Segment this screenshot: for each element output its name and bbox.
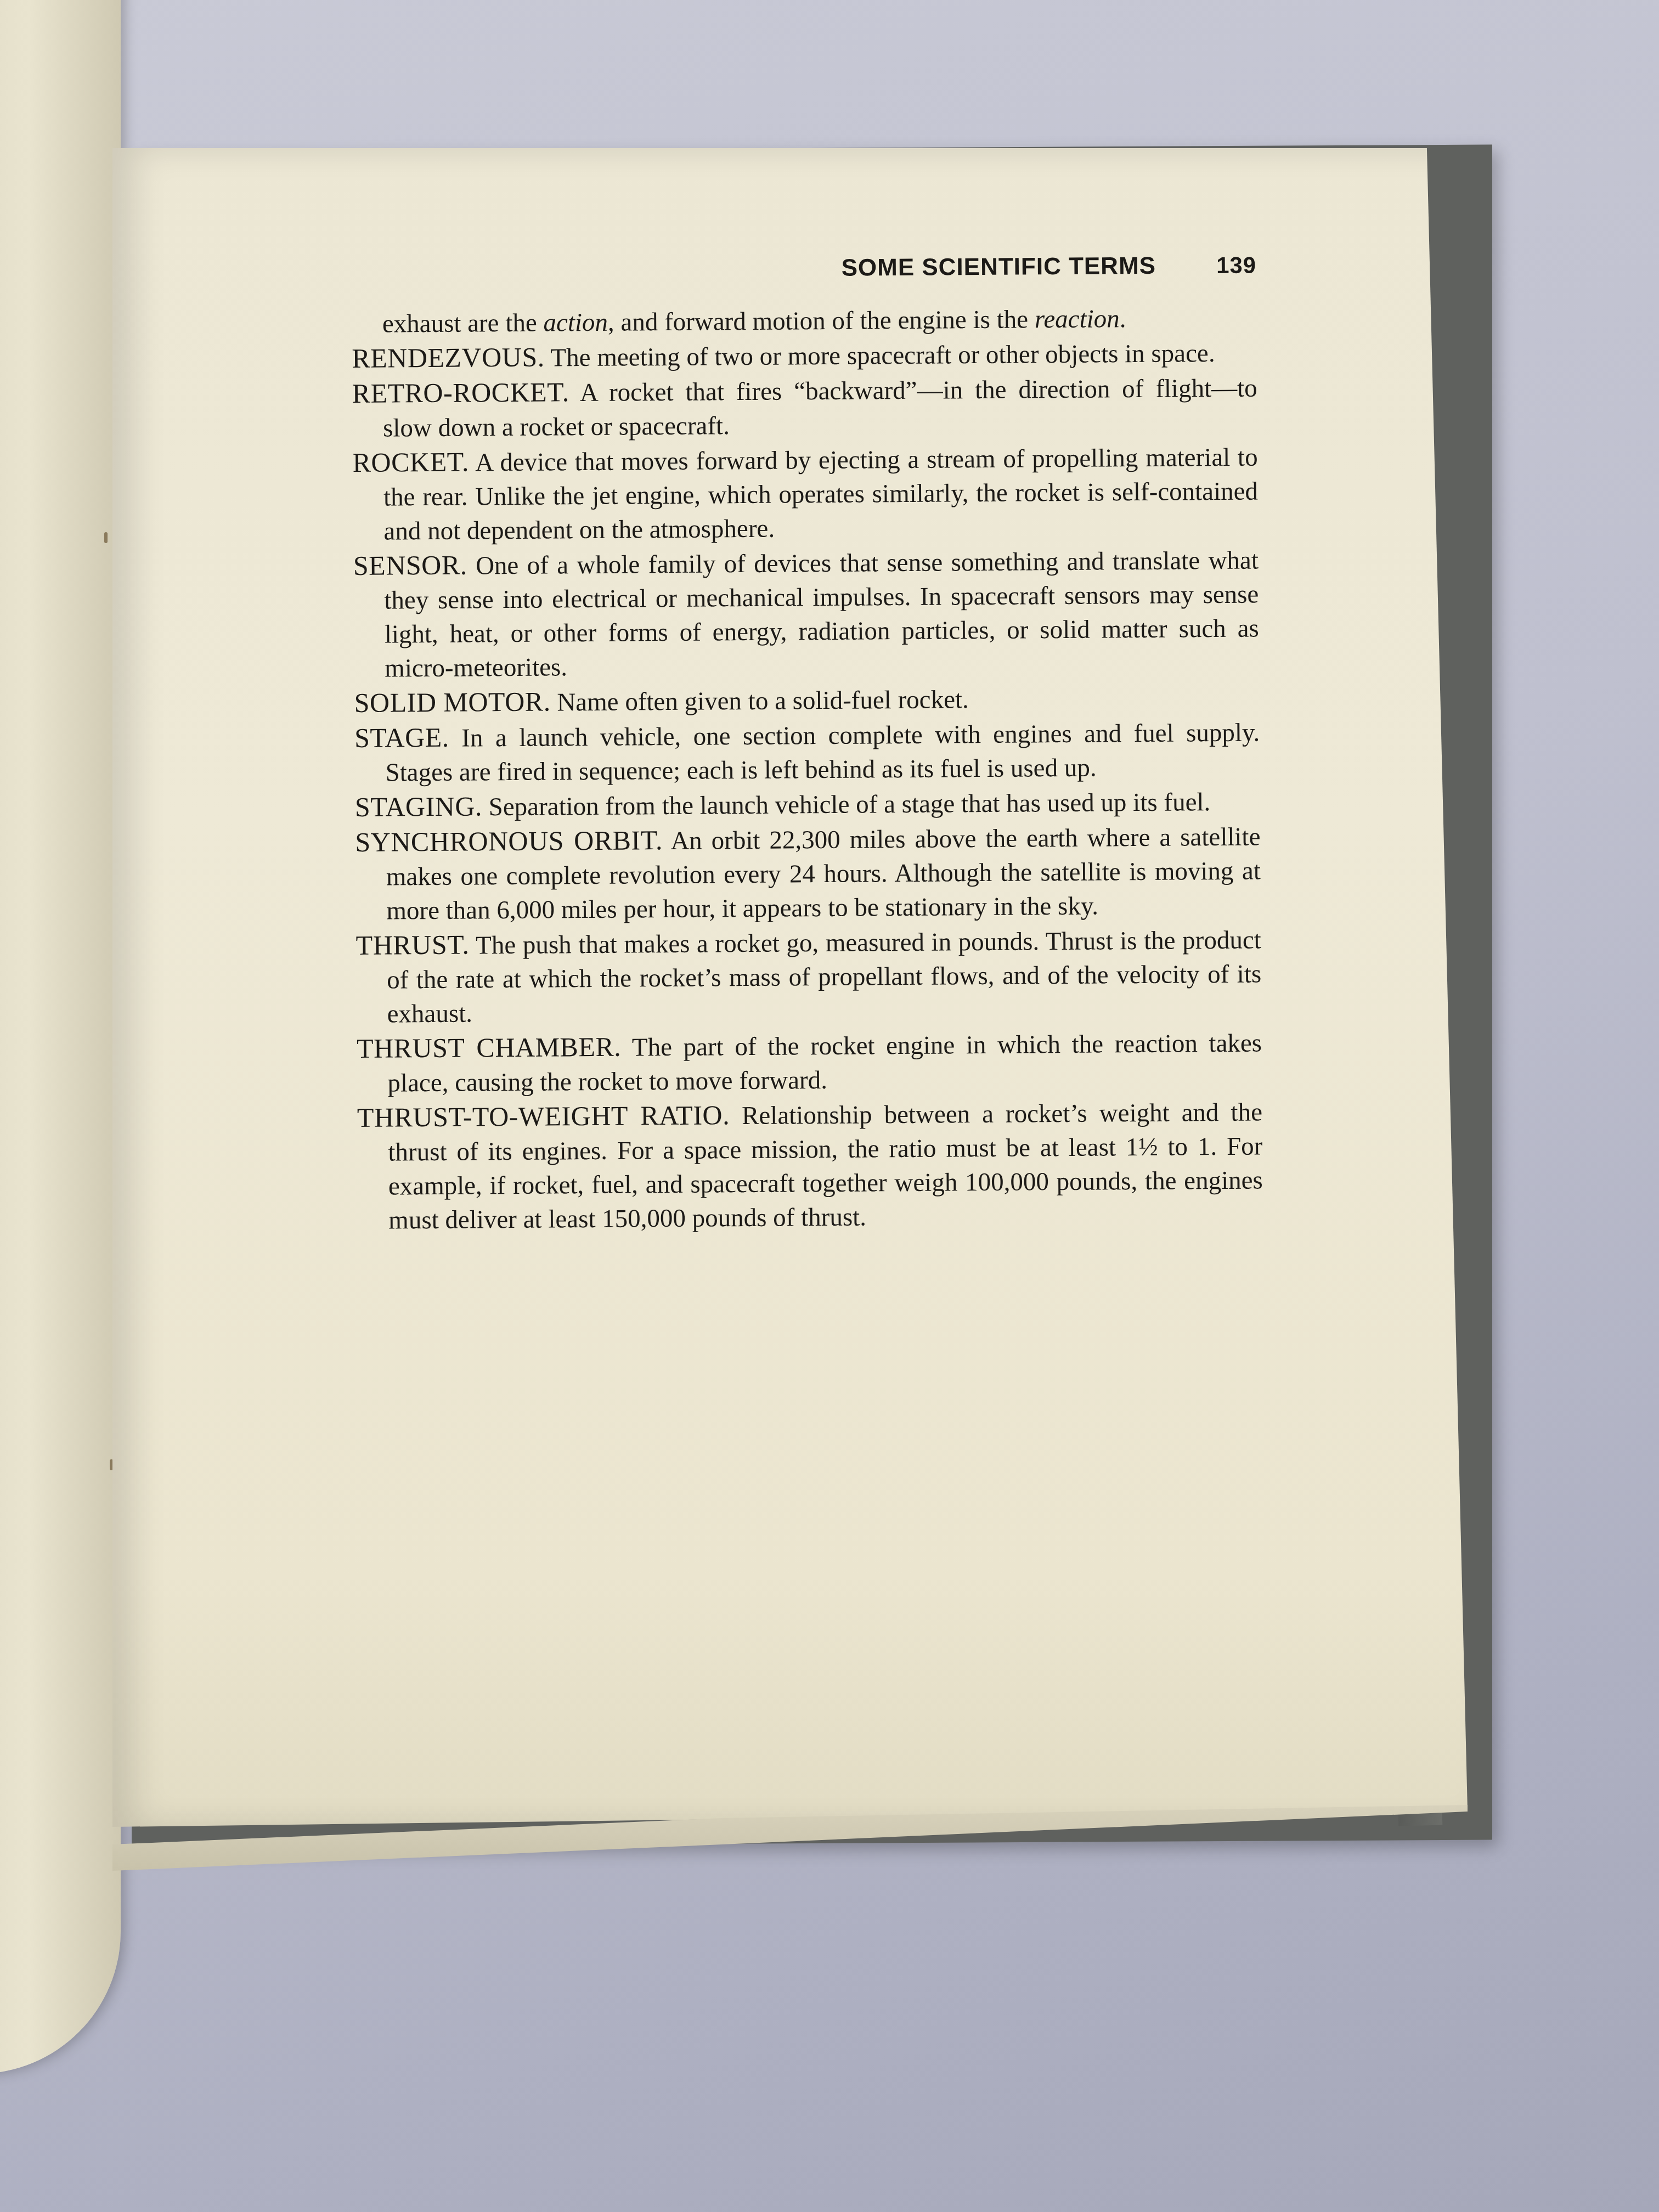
glossary-entries: RENDEZVOUS. The meeting of two or more s…	[352, 335, 1263, 1237]
glossary-term: THRUST CHAMBER.	[357, 1031, 622, 1064]
glossary-definition: A device that moves forward by ejecting …	[383, 443, 1258, 545]
section-title: SOME SCIENTIFIC TERMS	[841, 252, 1156, 282]
italic-reaction: reaction	[1035, 304, 1120, 334]
glossary-entry: SENSOR. One of a whole family of devices…	[353, 542, 1260, 686]
glossary-term: THRUST.	[356, 929, 470, 961]
glossary-definition: The meeting of two or more spacecraft or…	[550, 339, 1215, 372]
glossary-entry: THRUST-TO-WEIGHT RATIO. Relationship bet…	[357, 1094, 1263, 1238]
page-number: 139	[1216, 252, 1256, 279]
glossary-entry: THRUST CHAMBER. The part of the rocket e…	[357, 1025, 1262, 1101]
glossary-entry: THRUST. The push that makes a rocket go,…	[356, 922, 1262, 1031]
page-mark	[104, 532, 108, 543]
glossary-term: STAGE.	[354, 722, 449, 753]
glossary-entry: STAGE. In a launch vehicle, one section …	[354, 714, 1260, 790]
glossary-entry: STAGING. Separation from the launch vehi…	[355, 783, 1260, 825]
glossary-entry: SYNCHRONOUS ORBIT. An orbit 22,300 miles…	[355, 819, 1261, 928]
glossary-entry: RETRO-ROCKET. A rocket that fires “backw…	[352, 370, 1258, 445]
glossary-entry: SOLID MOTOR. Name often given to a solid…	[354, 679, 1259, 721]
glossary-definition: Name often given to a solid-fuel rocket.	[557, 685, 969, 716]
facing-left-page	[0, 0, 121, 2074]
glossary-definition: The push that makes a rocket go, measure…	[387, 926, 1261, 1028]
glossary-entry: RENDEZVOUS. The meeting of two or more s…	[352, 335, 1257, 376]
glossary-term: SOLID MOTOR.	[354, 686, 550, 718]
glossary-term: STAGING.	[355, 791, 482, 822]
glossary-definition: One of a whole family of devices that se…	[384, 546, 1259, 682]
glossary-term: RETRO-ROCKET.	[352, 376, 569, 409]
glossary-term: RENDEZVOUS.	[352, 342, 545, 374]
glossary-term: SENSOR.	[353, 550, 467, 581]
glossary-definition: In a launch vehicle, one section complet…	[385, 718, 1260, 787]
page-text: SOME SCIENTIFIC TERMS 139 exhaust are th…	[351, 251, 1263, 1237]
glossary-entry: ROCKET. A device that moves forward by e…	[352, 439, 1258, 549]
italic-action: action	[543, 308, 608, 337]
glossary-definition: Separation from the launch vehicle of a …	[489, 788, 1211, 821]
continued-definition: exhaust are the action, and forward moti…	[352, 301, 1257, 341]
glossary-term: SYNCHRONOUS ORBIT.	[355, 825, 663, 857]
glossary-term: ROCKET.	[352, 447, 469, 478]
glossary-term: THRUST-TO-WEIGHT RATIO.	[357, 1099, 730, 1133]
running-head: SOME SCIENTIFIC TERMS 139	[351, 251, 1256, 285]
